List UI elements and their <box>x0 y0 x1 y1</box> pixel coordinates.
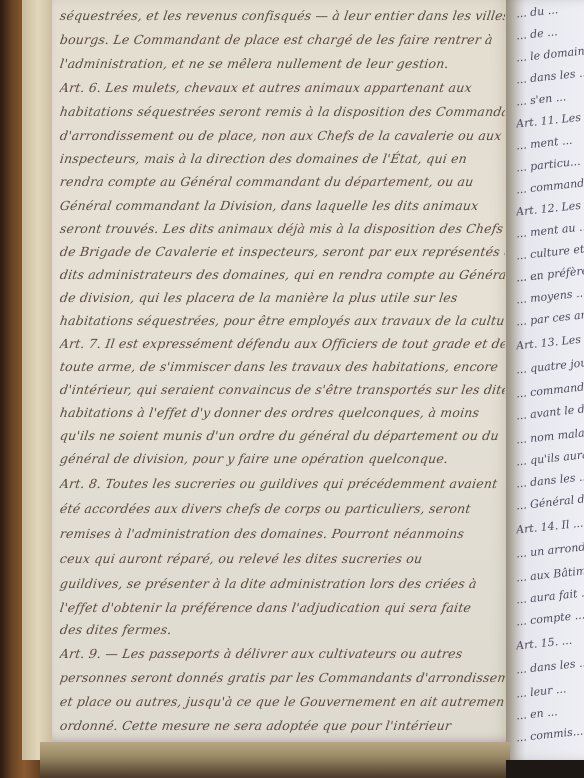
article-7-heading-line: Art. 7. Il est expressément défendu aux … <box>59 336 506 351</box>
manuscript-line: seront trouvés. Les dits animaux déjà mi… <box>59 221 506 236</box>
manuscript-line: Général commandant la Division, dans laq… <box>59 198 506 213</box>
manuscript-line: d'arrondissement ou de place, non aux Ch… <box>59 128 506 143</box>
manuscript-line: de Brigade de Cavalerie et inspecteurs, … <box>59 244 506 259</box>
manuscript-line: habitations séquestrées seront remis à l… <box>59 104 506 119</box>
manuscript-line: rendra compte au Général commandant du d… <box>59 174 506 189</box>
manuscript-line: bourgs. Le Commandant de place est charg… <box>59 32 506 47</box>
manuscript-line: dits administrateurs des domaines, qui e… <box>59 267 506 282</box>
manuscript-line: guildives, se présenter à la dite admini… <box>59 576 506 591</box>
manuscript-line: ordonné. Cette mesure ne sera adoptée qu… <box>59 718 506 733</box>
manuscript-line: remises à l'administration des domaines.… <box>59 526 506 541</box>
manuscript-line: de division, qui les placera de la maniè… <box>59 290 506 305</box>
article-9-heading-line: Art. 9. — Les passeports à délivrer aux … <box>59 646 506 661</box>
manuscript-line: l'administration, et ne se mêlera nullem… <box>59 56 506 71</box>
manuscript-line: ceux qui auront réparé, ou relevé les di… <box>59 551 506 566</box>
manuscript-line: qu'ils ne soient munis d'un ordre du gén… <box>59 428 506 443</box>
manuscript-line: d'intérieur, qui seraient convaincus de … <box>59 382 506 397</box>
manuscript-line: des dites fermes. <box>59 622 506 637</box>
manuscript-line: séquestrées, et les revenus confisqués —… <box>59 8 506 23</box>
manuscript-line: toute arme, de s'immiscer dans les trava… <box>59 359 506 374</box>
manuscript-line: et place ou autres, jusqu'à ce que le Go… <box>59 694 506 709</box>
manuscript-line: personnes seront donnés gratis par les C… <box>59 670 506 685</box>
page-block-bottom-edge <box>40 742 510 778</box>
manuscript-line: inspecteurs, mais à la direction des dom… <box>59 151 506 166</box>
manuscript-line: habitations à l'effet d'y donner des ord… <box>59 405 506 420</box>
manuscript-line: habitations séquestrées, pour être emplo… <box>59 313 506 328</box>
manuscript-line: l'effet d'obtenir la préférence dans l'a… <box>59 600 506 615</box>
article-8-heading-line: Art. 8. Toutes les sucreries ou guildive… <box>59 476 506 491</box>
manuscript-line: Art. 6. Les mulets, chevaux et autres an… <box>59 80 506 95</box>
manuscript-line: général de division, pour y faire une op… <box>59 451 506 466</box>
manuscript-line: été accordées aux divers chefs de corps … <box>59 501 506 516</box>
shadow-corner <box>506 760 584 778</box>
